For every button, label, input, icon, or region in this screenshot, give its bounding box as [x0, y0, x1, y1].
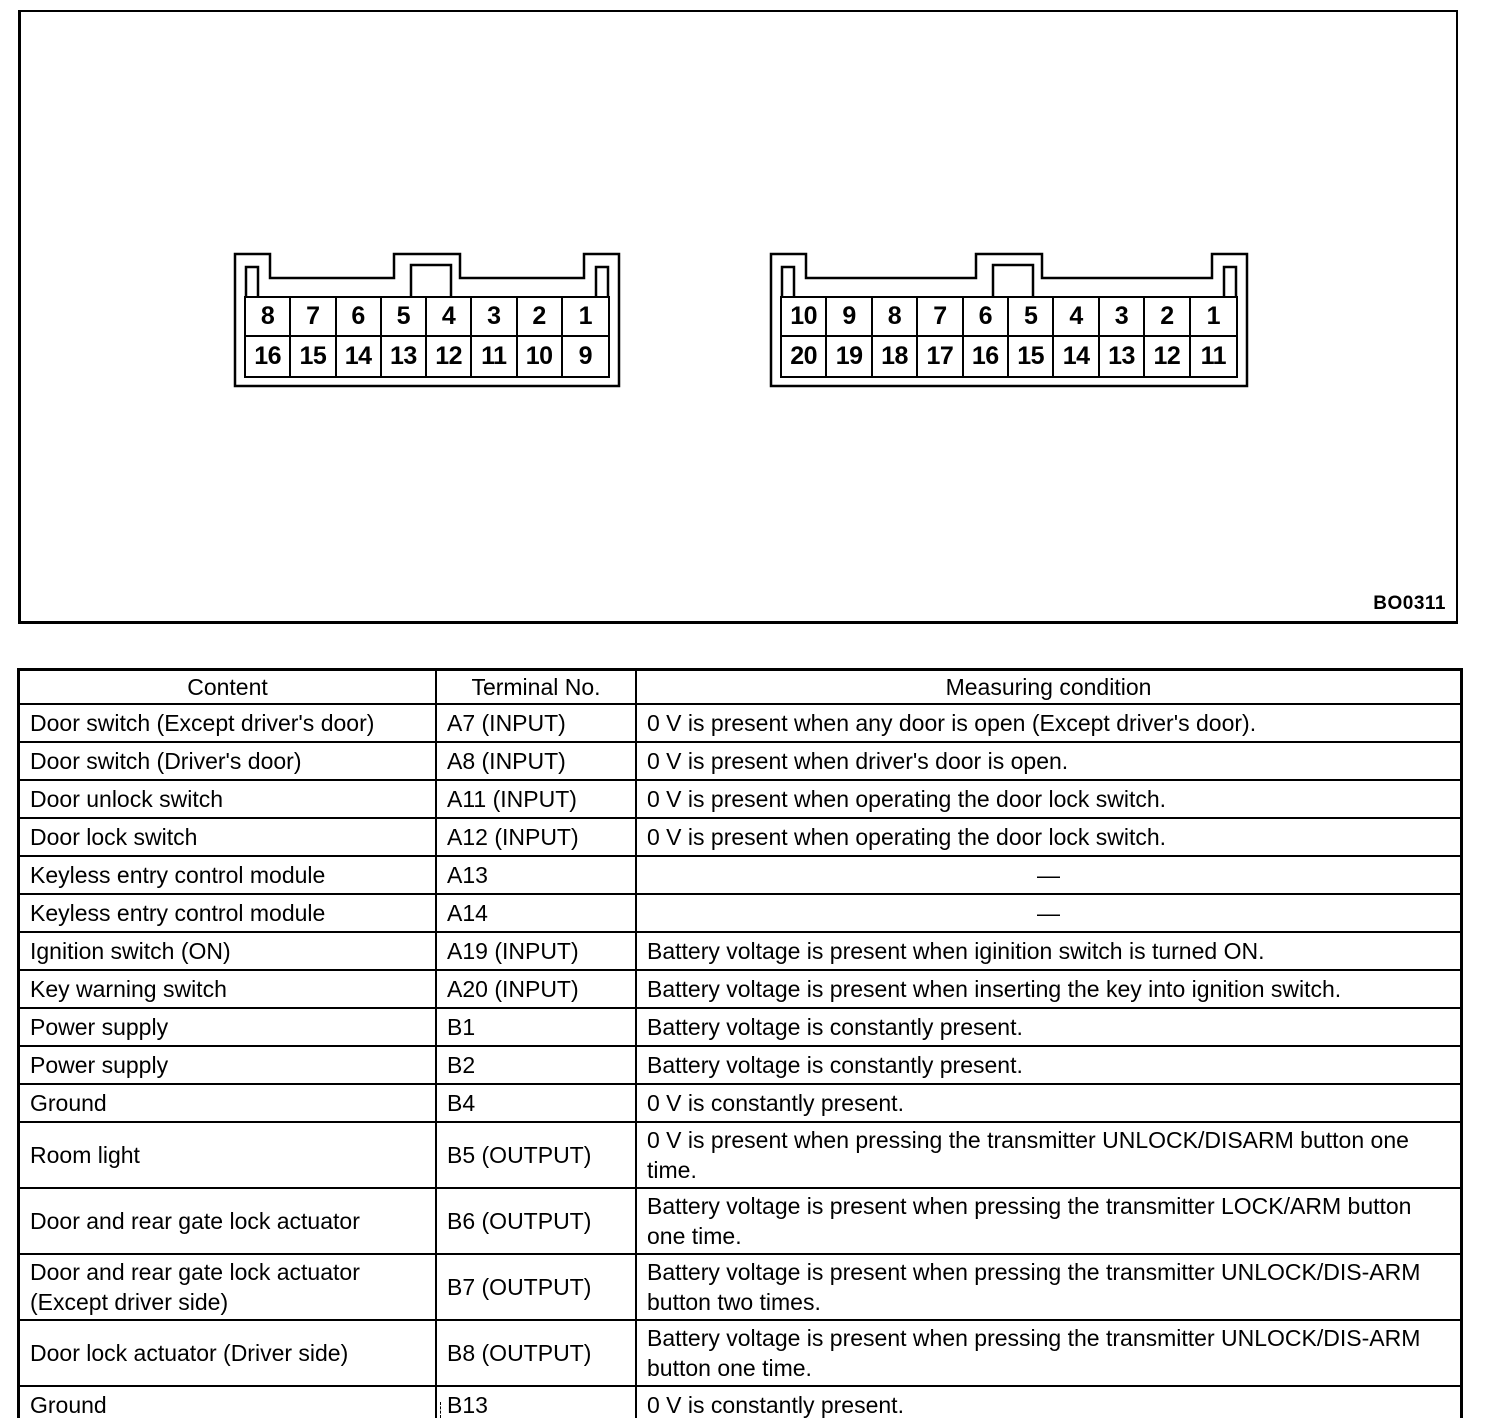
cell-content: Power supply: [19, 1046, 437, 1084]
pin-number: 9: [827, 298, 872, 337]
pin-number: 12: [427, 337, 472, 376]
cell-terminal: B5 (OUTPUT): [436, 1122, 636, 1188]
pin-number: 16: [246, 337, 291, 376]
table-header-row: Content Terminal No. Measuring condition: [19, 670, 1462, 705]
cell-content: Door unlock switch: [19, 780, 437, 818]
pin-grid: 1098765432120191817161514131211: [780, 296, 1238, 378]
table-row: Keyless entry control moduleA13—: [19, 856, 1462, 894]
table-row: Ignition switch (ON)A19 (INPUT)Battery v…: [19, 932, 1462, 970]
cell-terminal: B13: [436, 1386, 636, 1418]
pin-number: 4: [427, 298, 472, 337]
table-row: Keyless entry control moduleA14—: [19, 894, 1462, 932]
pin-number: 18: [873, 337, 918, 376]
cell-terminal: B4: [436, 1084, 636, 1122]
cell-condition: 0 V is constantly present.: [636, 1084, 1462, 1122]
pin-number: 19: [827, 337, 872, 376]
pin-number: 5: [382, 298, 427, 337]
table-row: Door unlock switchA11 (INPUT)0 V is pres…: [19, 780, 1462, 818]
pin-number: 11: [472, 337, 517, 376]
pin-number: 17: [918, 337, 963, 376]
pin-number: 2: [1145, 298, 1190, 337]
pin-number: 15: [291, 337, 336, 376]
connector-a-diagram: 87654321161514131211109: [234, 252, 620, 387]
cell-terminal: A19 (INPUT): [436, 932, 636, 970]
pin-number: 12: [1145, 337, 1190, 376]
cell-condition: 0 V is present when operating the door l…: [636, 818, 1462, 856]
table-row: GroundB40 V is constantly present.: [19, 1084, 1462, 1122]
cell-condition: Battery voltage is present when iginitio…: [636, 932, 1462, 970]
cell-terminal: B6 (OUTPUT): [436, 1188, 636, 1254]
pin-number: 1: [1191, 298, 1236, 337]
cell-content: Ignition switch (ON): [19, 932, 437, 970]
pin-number: 16: [964, 337, 1009, 376]
terminal-spec-table: Content Terminal No. Measuring condition…: [17, 668, 1463, 1418]
cell-terminal: A8 (INPUT): [436, 742, 636, 780]
cell-condition: 0 V is present when pressing the transmi…: [636, 1122, 1462, 1188]
connector-figure: 87654321161514131211109 1098765432120191…: [18, 10, 1458, 624]
pin-number: 3: [472, 298, 517, 337]
table-row: Door switch (Except driver's door)A7 (IN…: [19, 704, 1462, 742]
cell-condition: Battery voltage is present when insertin…: [636, 970, 1462, 1008]
cell-condition: 0 V is constantly present.: [636, 1386, 1462, 1418]
pin-number: 14: [337, 337, 382, 376]
pin-number: 9: [563, 337, 608, 376]
header-content: Content: [19, 670, 437, 705]
cell-content: Door lock actuator (Driver side): [19, 1320, 437, 1386]
pin-number: 1: [563, 298, 608, 337]
cell-condition: —: [636, 894, 1462, 932]
pin-number: 10: [782, 298, 827, 337]
table-row: Door and rear gate lock actuatorB6 (OUTP…: [19, 1188, 1462, 1254]
table-row: Power supplyB2Battery voltage is constan…: [19, 1046, 1462, 1084]
cell-condition: Battery voltage is constantly present.: [636, 1008, 1462, 1046]
table-row: GroundB130 V is constantly present.: [19, 1386, 1462, 1418]
cell-content: Ground: [19, 1084, 437, 1122]
cell-terminal: B1: [436, 1008, 636, 1046]
pin-number: 14: [1054, 337, 1099, 376]
header-measuring-condition: Measuring condition: [636, 670, 1462, 705]
cell-terminal: A20 (INPUT): [436, 970, 636, 1008]
cell-content: Keyless entry control module: [19, 894, 437, 932]
table-row: Door lock switchA12 (INPUT)0 V is presen…: [19, 818, 1462, 856]
table-row: Door and rear gate lock actuator (Except…: [19, 1254, 1462, 1320]
cell-content: Door lock switch: [19, 818, 437, 856]
table-row: Door lock actuator (Driver side)B8 (OUTP…: [19, 1320, 1462, 1386]
cell-terminal: A13: [436, 856, 636, 894]
cell-content: Key warning switch: [19, 970, 437, 1008]
pin-number: 13: [1100, 337, 1145, 376]
table-row: Key warning switchA20 (INPUT)Battery vol…: [19, 970, 1462, 1008]
cell-condition: 0 V is present when operating the door l…: [636, 780, 1462, 818]
pin-number: 6: [964, 298, 1009, 337]
cell-content: Door and rear gate lock actuator: [19, 1188, 437, 1254]
pin-grid: 87654321161514131211109: [244, 296, 610, 378]
connector-b-diagram: 1098765432120191817161514131211: [770, 252, 1248, 387]
cell-condition: 0 V is present when any door is open (Ex…: [636, 704, 1462, 742]
pin-number: 8: [246, 298, 291, 337]
cell-condition: —: [636, 856, 1462, 894]
cell-content: Ground: [19, 1386, 437, 1418]
cell-condition: Battery voltage is present when pressing…: [636, 1320, 1462, 1386]
pin-number: 13: [382, 337, 427, 376]
pin-number: 7: [291, 298, 336, 337]
cell-terminal: A7 (INPUT): [436, 704, 636, 742]
cell-content: Room light: [19, 1122, 437, 1188]
cell-condition: Battery voltage is present when pressing…: [636, 1254, 1462, 1320]
table-row: Door switch (Driver's door)A8 (INPUT)0 V…: [19, 742, 1462, 780]
cell-terminal: A14: [436, 894, 636, 932]
cell-terminal: A12 (INPUT): [436, 818, 636, 856]
table-row: Room lightB5 (OUTPUT)0 V is present when…: [19, 1122, 1462, 1188]
cell-condition: 0 V is present when driver's door is ope…: [636, 742, 1462, 780]
cell-terminal: B7 (OUTPUT): [436, 1254, 636, 1320]
pin-number: 2: [518, 298, 563, 337]
pin-number: 20: [782, 337, 827, 376]
figure-id-label: BO0311: [1373, 593, 1446, 615]
pin-number: 6: [337, 298, 382, 337]
cell-condition: Battery voltage is constantly present.: [636, 1046, 1462, 1084]
pin-number: 3: [1100, 298, 1145, 337]
cell-content: Keyless entry control module: [19, 856, 437, 894]
cell-terminal: B8 (OUTPUT): [436, 1320, 636, 1386]
pin-number: 5: [1009, 298, 1054, 337]
cell-content: Power supply: [19, 1008, 437, 1046]
pin-number: 10: [518, 337, 563, 376]
cell-content: Door switch (Except driver's door): [19, 704, 437, 742]
cell-terminal: B2: [436, 1046, 636, 1084]
cell-content: Door and rear gate lock actuator (Except…: [19, 1254, 437, 1320]
pin-number: 7: [918, 298, 963, 337]
header-terminal-no: Terminal No.: [436, 670, 636, 705]
table-row: Power supplyB1Battery voltage is constan…: [19, 1008, 1462, 1046]
pin-number: 15: [1009, 337, 1054, 376]
pin-number: 8: [873, 298, 918, 337]
cell-terminal: A11 (INPUT): [436, 780, 636, 818]
scan-artifact-line: [440, 1402, 442, 1418]
cell-condition: Battery voltage is present when pressing…: [636, 1188, 1462, 1254]
pin-number: 4: [1054, 298, 1099, 337]
pin-number: 11: [1191, 337, 1236, 376]
cell-content: Door switch (Driver's door): [19, 742, 437, 780]
